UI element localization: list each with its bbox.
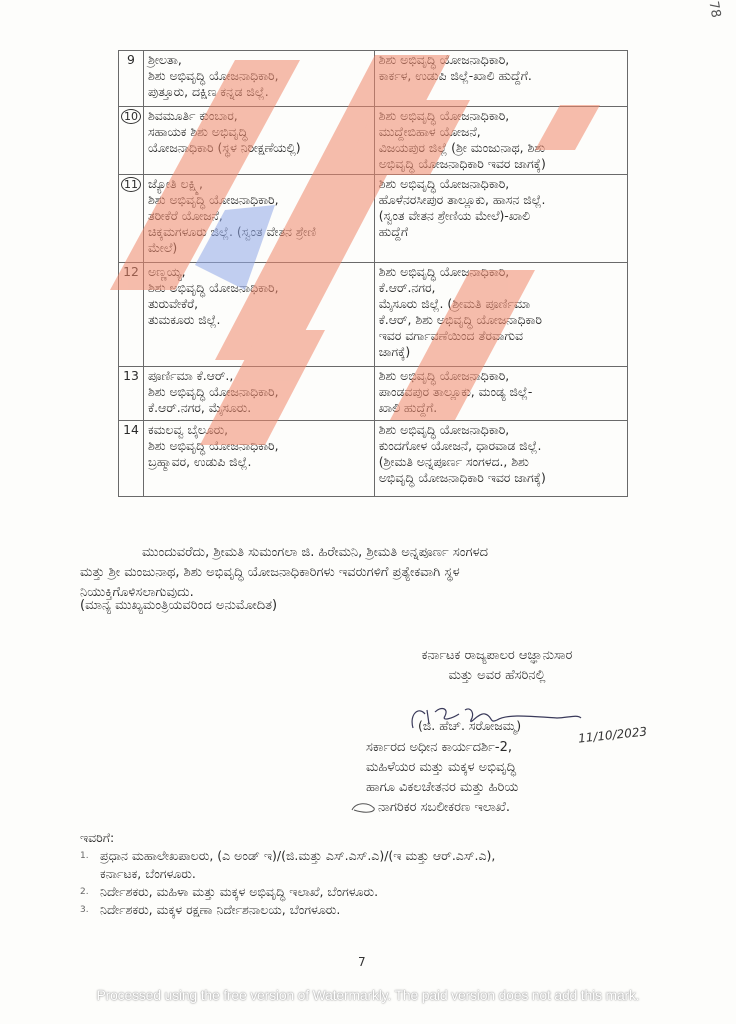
current-posting-cell: ಪೂರ್ಣಿಮಾ ಕೆ.ಆರ್.,ಶಿಶು ಅಭಿವೃದ್ಧಿ ಯೋಜನಾಧಿಕ…: [144, 367, 375, 421]
designation-line: ಹಾಗೂ ವಿಕಲಚೇತನರ ಮತ್ತು ಹಿರಿಯ: [356, 778, 646, 798]
row-number: 11: [119, 175, 144, 263]
cell-line: ಸಹಾಯಕ ಶಿಶು ಅಭಿವೃದ್ಧಿ: [148, 124, 371, 140]
current-posting-cell: ಶ್ರೀಲತಾ,ಶಿಶು ಅಭಿವೃದ್ಧಿ ಯೋಜನಾಧಿಕಾರಿ,ಪುತ್ತ…: [144, 51, 375, 107]
item-line: ಪ್ರಧಾನ ಮಹಾಲೇಖಪಾಲರು, (ಎ ಅಂಡ್ ಇ)/(ಜಿ.ಮತ್ತು…: [100, 847, 700, 865]
table-row: 10ಶಿವಮೂರ್ತಿ ಕುಂಬಾರ,ಸಹಾಯಕ ಶಿಶು ಅಭಿವೃದ್ಧಿಯ…: [119, 107, 628, 175]
cell-line: ಶಿಶು ಅಭಿವೃದ್ಧಿ ಯೋಜನಾಧಿಕಾರಿ,: [148, 68, 371, 84]
cell-line: ಚಿಕ್ಕಮಗಳೂರು ಜಿಲ್ಲೆ. (ಸ್ವಂತ ವೇತನ ಶ್ರೇಣಿ: [148, 224, 371, 240]
item-number: 1.: [80, 847, 89, 865]
item-number: 2.: [80, 883, 89, 901]
table-row: 14ಕಮಲವ್ವ ಬೈಲೂರು,ಶಿಶು ಅಭಿವೃದ್ಧಿ ಯೋಜನಾಧಿಕಾ…: [119, 421, 628, 497]
signatory-name: (ಜಿ. ಹೆಚ್. ಸರೋಜಮ್ಮ): [418, 718, 521, 734]
cell-line: ಇವರ ವರ್ಗಾವಣೆಯಿಂದ ತೆರವಾಗುವ: [379, 328, 624, 344]
cell-line: ಕೆ.ಆರ್, ಶಿಶು ಅಭಿವೃದ್ಧಿ ಯೋಜನಾಧಿಕಾರಿ: [379, 312, 624, 328]
approval-note: (ಮಾನ್ಯ ಮುಖ್ಯಮಂತ್ರಿಯವರಿಂದ ಅನುಮೋದಿತ): [80, 598, 277, 613]
cell-line: ಜಾಗಕ್ಕೆ): [379, 344, 624, 360]
cell-line: ಹುದ್ದೆಗೆ: [379, 224, 624, 240]
row-number: 12: [119, 263, 144, 367]
cell-line: ಶ್ರೀಲತಾ,: [148, 52, 371, 68]
stamp-scribble-icon: [350, 802, 378, 814]
cell-line: ತುಮಕೂರು ಜಿಲ್ಲೆ.: [148, 312, 371, 328]
row-number: 14: [119, 421, 144, 497]
watermark-text: Processed using the free version of Wate…: [0, 987, 736, 1003]
cell-line: ಶಿಶು ಅಭಿವೃದ್ಧಿ ಯೋಜನಾಧಿಕಾರಿ,: [148, 280, 371, 296]
current-posting-cell: ಶಿವಮೂರ್ತಿ ಕುಂಬಾರ,ಸಹಾಯಕ ಶಿಶು ಅಭಿವೃದ್ಧಿಯೋಜ…: [144, 107, 375, 175]
cell-line: ಜ್ಯೋತಿ ಲಕ್ಷ್ಮಿ,: [148, 176, 371, 192]
cell-line: ಅಭಿವೃದ್ಧಿ ಯೋಜನಾಧಿಕಾರಿ ಇವರ ಜಾಗಕ್ಕೆ): [379, 470, 624, 486]
new-posting-cell: ಶಿಶು ಅಭಿವೃದ್ಧಿ ಯೋಜನಾಧಿಕಾರಿ,ಹೊಳೆನರಸೀಪುರ ತ…: [374, 175, 627, 263]
row-number: 9: [119, 51, 144, 107]
new-posting-cell: ಶಿಶು ಅಭಿವೃದ್ಧಿ ಯೋಜನಾಧಿಕಾರಿ,ಮುದ್ದೇಬಿಹಾಳ ಯ…: [374, 107, 627, 175]
cell-line: (ಶ್ರೀಮತಿ ಅನ್ನಪೂರ್ಣ ಸಂಗಳದ., ಶಿಶು: [379, 454, 624, 470]
item-line: ನಿರ್ದೇಶಕರು, ಮಕ್ಕಳ ರಕ್ಷಣಾ ನಿರ್ದೇಶನಾಲಯ, ಬೆ…: [100, 901, 700, 919]
cell-line: ಮೇಲೆ): [148, 240, 371, 256]
cell-line: ಕೆ.ಆರ್.ನಗರ,: [379, 280, 624, 296]
cell-line: ಅಣ್ಣಯ್ಯ,: [148, 264, 371, 280]
cell-line: ಖಾಲಿ ಹುದ್ದೆಗೆ.: [379, 400, 624, 416]
cell-line: ಪಾಂಡವಪುರ ತಾಲ್ಲೂಕು, ಮಂಡ್ಯ ಜಿಲ್ಲೆ-: [379, 384, 624, 400]
item-line: ನಿರ್ದೇಶಕರು, ಮಹಿಳಾ ಮತ್ತು ಮಕ್ಕಳ ಅಭಿವೃದ್ಧಿ …: [100, 883, 700, 901]
signatory-designation: ಸರ್ಕಾರದ ಅಧೀನ ಕಾರ್ಯದರ್ಶಿ-2, ಮಹಿಳೆಯರ ಮತ್ತು…: [356, 738, 646, 818]
cell-line: ಹೊಳೆನರಸೀಪುರ ತಾಲ್ಲೂಕು, ಹಾಸನ ಜಿಲ್ಲೆ.: [379, 192, 624, 208]
cell-line: ಕಮಲವ್ವ ಬೈಲೂರು,: [148, 422, 371, 438]
item-line: ಕರ್ನಾಟಕ, ಬೆಂಗಳೂರು.: [100, 865, 700, 883]
current-posting-cell: ಅಣ್ಣಯ್ಯ,ಶಿಶು ಅಭಿವೃದ್ಧಿ ಯೋಜನಾಧಿಕಾರಿ,ತುರುವ…: [144, 263, 375, 367]
copy-to-item: 1.ಪ್ರಧಾನ ಮಹಾಲೇಖಪಾಲರು, (ಎ ಅಂಡ್ ಇ)/(ಜಿ.ಮತ್…: [80, 847, 700, 883]
copy-to-item: 3.ನಿರ್ದೇಶಕರು, ಮಕ್ಕಳ ರಕ್ಷಣಾ ನಿರ್ದೇಶನಾಲಯ, …: [80, 901, 700, 919]
designation-line: ಸರ್ಕಾರದ ಅಧೀನ ಕಾರ್ಯದರ್ಶಿ-2,: [356, 738, 646, 758]
item-number: 3.: [80, 901, 89, 919]
designation-line: ನಾಗರಿಕರ ಸಬಲೀಕರಣ ಇಲಾಖೆ.: [356, 798, 646, 818]
cell-line: ಶಿಶು ಅಭಿವೃದ್ಧಿ ಯೋಜನಾಧಿಕಾರಿ,: [148, 192, 371, 208]
cell-line: ಶಿವಮೂರ್ತಿ ಕುಂಬಾರ,: [148, 108, 371, 124]
cell-line: ಶಿಶು ಅಭಿವೃದ್ಧಿ ಯೋಜನಾಧಿಕಾರಿ,: [379, 52, 624, 68]
paragraph-line: ಮತ್ತು ಶ್ರೀ ಮಂಜುನಾಥ, ಶಿಶು ಅಭಿವೃದ್ಧಿ ಯೋಜನಾ…: [80, 563, 670, 583]
cell-line: ಬ್ರಹ್ಮಾವರ, ಉಡುಪಿ ಜಿಲ್ಲೆ.: [148, 454, 371, 470]
table-row: 12ಅಣ್ಣಯ್ಯ,ಶಿಶು ಅಭಿವೃದ್ಧಿ ಯೋಜನಾಧಿಕಾರಿ,ತುರ…: [119, 263, 628, 367]
cell-line: ಪುತ್ತೂರು, ದಕ್ಷಿಣ ಕನ್ನಡ ಜಿಲ್ಲೆ.: [148, 84, 371, 100]
cell-line: ತರೀಕೆರೆ ಯೋಜನೆ,: [148, 208, 371, 224]
cell-line: ತುರುವೇಕೆರೆ,: [148, 296, 371, 312]
new-posting-cell: ಶಿಶು ಅಭಿವೃದ್ಧಿ ಯೋಜನಾಧಿಕಾರಿ,ಕುಂದಗೋಳ ಯೋಜನೆ…: [374, 421, 627, 497]
cell-line: ಮೈಸೂರು ಜಿಲ್ಲೆ. (ಶ್ರೀಮತಿ ಪೂರ್ಣಿಮಾ: [379, 296, 624, 312]
row-number: 13: [119, 367, 144, 421]
designation-line: ಮಹಿಳೆಯರ ಮತ್ತು ಮಕ್ಕಳ ಅಭಿವೃದ್ಧಿ: [356, 758, 646, 778]
cell-line: ಕುಂದಗೋಳ ಯೋಜನೆ, ಧಾರವಾಡ ಜಿಲ್ಲೆ.: [379, 438, 624, 454]
authority-line-1: ಕರ್ನಾಟಕ ರಾಜ್ಯಪಾಲರ ಆಜ್ಞಾನುಸಾರ: [362, 646, 632, 666]
new-posting-cell: ಶಿಶು ಅಭಿವೃದ್ಧಿ ಯೋಜನಾಧಿಕಾರಿ,ಕಾರ್ಕಳ, ಉಡುಪಿ…: [374, 51, 627, 107]
row-number: 10: [119, 107, 144, 175]
cell-line: ಶಿಶು ಅಭಿವೃದ್ಧಿ ಯೋಜನಾಧಿಕಾರಿ,: [379, 422, 624, 438]
table-row: 11ಜ್ಯೋತಿ ಲಕ್ಷ್ಮಿ,ಶಿಶು ಅಭಿವೃದ್ಧಿ ಯೋಜನಾಧಿಕ…: [119, 175, 628, 263]
cell-line: ಶಿಶು ಅಭಿವೃದ್ಧಿ ಯೋಜನಾಧಿಕಾರಿ,: [148, 384, 371, 400]
cell-line: ಮುದ್ದೇಬಿಹಾಳ ಯೋಜನೆ,: [379, 124, 624, 140]
new-posting-cell: ಶಿಶು ಅಭಿವೃದ್ಧಿ ಯೋಜನಾಧಿಕಾರಿ,ಕೆ.ಆರ್.ನಗರ,ಮೈ…: [374, 263, 627, 367]
cell-line: ಶಿಶು ಅಭಿವೃದ್ಧಿ ಯೋಜನಾಧಿಕಾರಿ,: [379, 108, 624, 124]
cell-line: ಕಾರ್ಕಳ, ಉಡುಪಿ ಜಿಲ್ಲೆ-ಖಾಲಿ ಹುದ್ದೆಗೆ.: [379, 68, 624, 84]
current-posting-cell: ಕಮಲವ್ವ ಬೈಲೂರು,ಶಿಶು ಅಭಿವೃದ್ಧಿ ಯೋಜನಾಧಿಕಾರಿ…: [144, 421, 375, 497]
table-row: 9ಶ್ರೀಲತಾ,ಶಿಶು ಅಭಿವೃದ್ಧಿ ಯೋಜನಾಧಿಕಾರಿ,ಪುತ್…: [119, 51, 628, 107]
copy-to-heading: ಇವರಿಗೆ:: [80, 829, 700, 847]
cell-line: ಯೋಜನಾಧಿಕಾರಿ (ಸ್ಥಳ ನಿರೀಕ್ಷಣೆಯಲ್ಲಿ): [148, 140, 371, 156]
document-page: 78 9ಶ್ರೀಲತಾ,ಶಿಶು ಅಭಿವೃದ್ಧಿ ಯೋಜನಾಧಿಕಾರಿ,ಪ…: [0, 0, 736, 1024]
authority-line-2: ಮತ್ತು ಅವರ ಹೆಸರಿನಲ್ಲಿ: [362, 666, 632, 686]
page-number: 7: [358, 955, 366, 969]
cell-line: ಕೆ.ಆರ್.ನಗರ, ಮೈಸೂರು.: [148, 400, 371, 416]
cell-line: ಅಭಿವೃದ್ಧಿ ಯೋಜನಾಧಿಕಾರಿ ಇವರ ಜಾಗಕ್ಕೆ): [379, 156, 624, 172]
cell-line: ಶಿಶು ಅಭಿವೃದ್ಧಿ ಯೋಜನಾಧಿಕಾರಿ,: [148, 438, 371, 454]
cell-line: (ಸ್ವಂತ ವೇತನ ಶ್ರೇಣಿಯ ಮೇಲೆ)-ಖಾಲಿ: [379, 208, 624, 224]
transfer-table: 9ಶ್ರೀಲತಾ,ಶಿಶು ಅಭಿವೃದ್ಧಿ ಯೋಜನಾಧಿಕಾರಿ,ಪುತ್…: [118, 50, 628, 497]
cell-line: ವಿಜಯಪುರ ಜಿಲ್ಲೆ (ಶ್ರೀ ಮಂಜುನಾಥ, ಶಿಶು: [379, 140, 624, 156]
copy-to-list: ಇವರಿಗೆ: 1.ಪ್ರಧಾನ ಮಹಾಲೇಖಪಾಲರು, (ಎ ಅಂಡ್ ಇ)…: [80, 829, 700, 919]
table-row: 13ಪೂರ್ಣಿಮಾ ಕೆ.ಆರ್.,ಶಿಶು ಅಭಿವೃದ್ಧಿ ಯೋಜನಾಧ…: [119, 367, 628, 421]
continuation-paragraph: ಮುಂದುವರೆದು, ಶ್ರೀಮತಿ ಸುಮಂಗಲಾ ಜಿ. ಹಿರೇಮನಿ,…: [80, 543, 670, 603]
cell-line: ಪೂರ್ಣಿಮಾ ಕೆ.ಆರ್.,: [148, 368, 371, 384]
paragraph-line: ಮುಂದುವರೆದು, ಶ್ರೀಮತಿ ಸುಮಂಗಲಾ ಜಿ. ಹಿರೇಮನಿ,…: [80, 543, 670, 563]
handwritten-corner-mark: 78: [705, 0, 723, 19]
authority-line: ಕರ್ನಾಟಕ ರಾಜ್ಯಪಾಲರ ಆಜ್ಞಾನುಸಾರ ಮತ್ತು ಅವರ ಹ…: [362, 646, 632, 686]
cell-line: ಶಿಶು ಅಭಿವೃದ್ಧಿ ಯೋಜನಾಧಿಕಾರಿ,: [379, 264, 624, 280]
copy-to-item: 2.ನಿರ್ದೇಶಕರು, ಮಹಿಳಾ ಮತ್ತು ಮಕ್ಕಳ ಅಭಿವೃದ್ಧ…: [80, 883, 700, 901]
cell-line: ಶಿಶು ಅಭಿವೃದ್ಧಿ ಯೋಜನಾಧಿಕಾರಿ,: [379, 176, 624, 192]
current-posting-cell: ಜ್ಯೋತಿ ಲಕ್ಷ್ಮಿ,ಶಿಶು ಅಭಿವೃದ್ಧಿ ಯೋಜನಾಧಿಕಾರ…: [144, 175, 375, 263]
new-posting-cell: ಶಿಶು ಅಭಿವೃದ್ಧಿ ಯೋಜನಾಧಿಕಾರಿ,ಪಾಂಡವಪುರ ತಾಲ್…: [374, 367, 627, 421]
cell-line: ಶಿಶು ಅಭಿವೃದ್ಧಿ ಯೋಜನಾಧಿಕಾರಿ,: [379, 368, 624, 384]
